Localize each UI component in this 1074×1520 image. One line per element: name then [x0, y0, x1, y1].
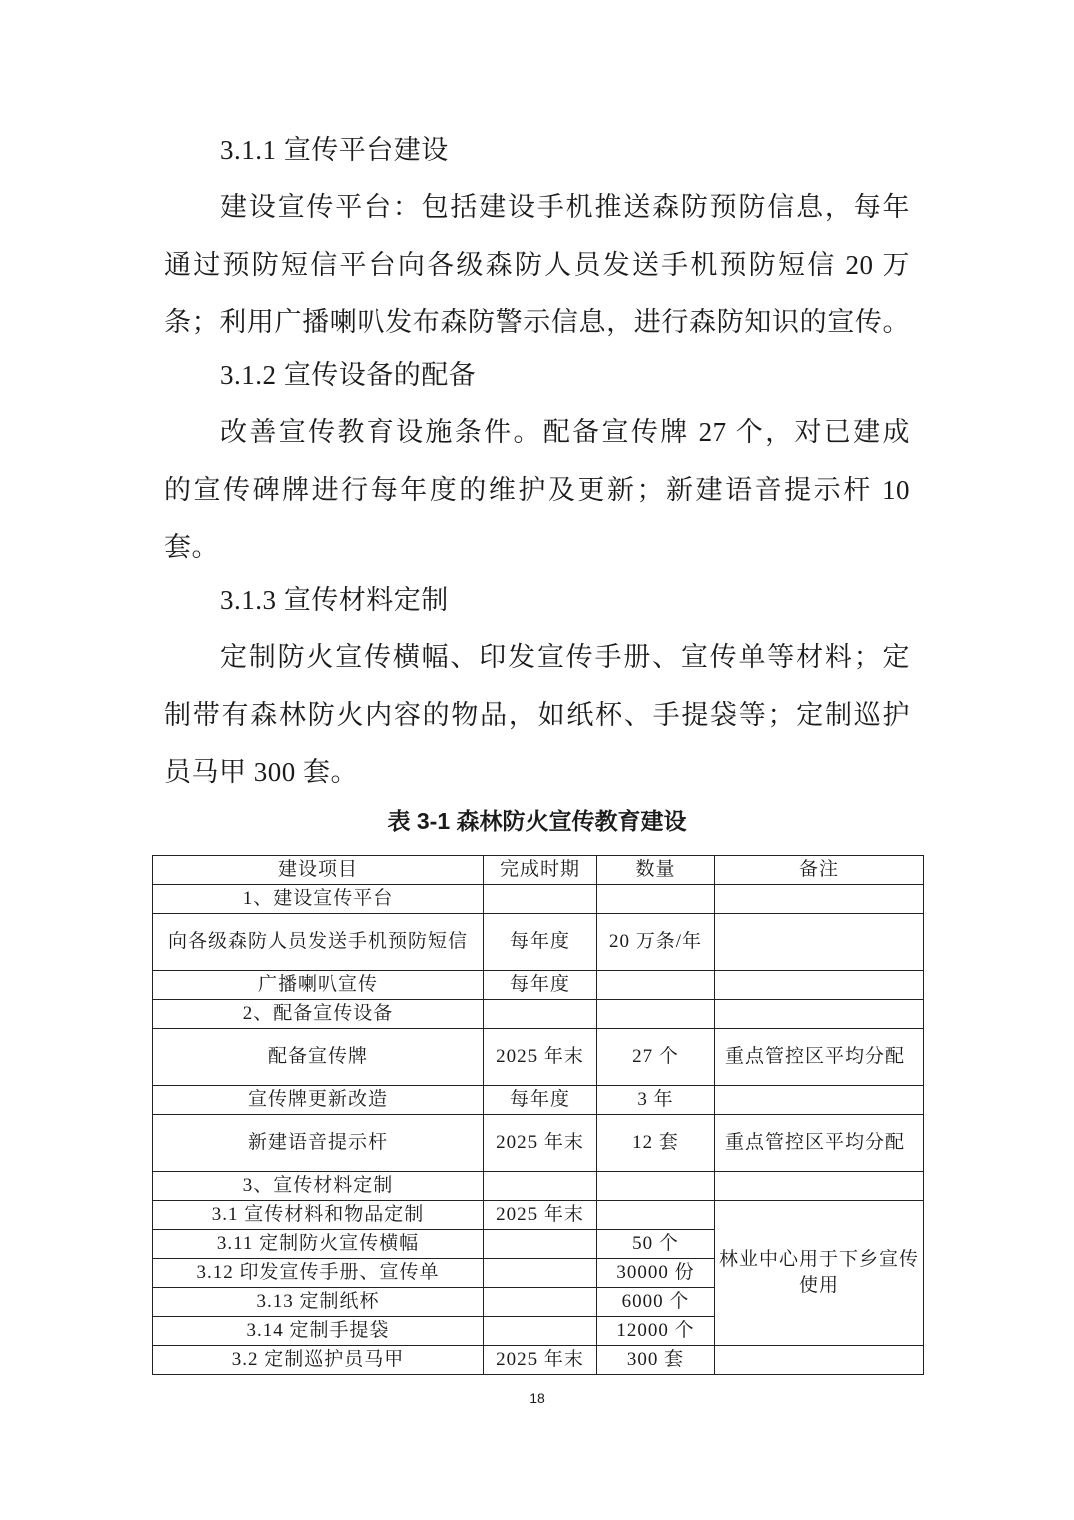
column-header: 备注 [715, 856, 924, 885]
cell-item: 3.12 印发宣传手册、宣传单 [153, 1259, 484, 1288]
section-heading: 3.1.3 宣传材料定制 [220, 580, 449, 620]
section-heading: 3.1.1 宣传平台建设 [220, 130, 449, 170]
table-header-row: 建设项目 完成时期 数量 备注 [153, 856, 924, 885]
cell-note [715, 885, 924, 914]
table-row: 广播喇叭宣传 每年度 [153, 971, 924, 1000]
cell-period [484, 1172, 597, 1201]
construction-table: 建设项目 完成时期 数量 备注 1、建设宣传平台 向各级森防人员发送手机预防短信… [152, 855, 924, 1375]
cell-item: 宣传牌更新改造 [153, 1086, 484, 1115]
cell-period: 每年度 [484, 1086, 597, 1115]
cell-period [484, 1288, 597, 1317]
cell-note [715, 971, 924, 1000]
table-row: 2、配备宣传设备 [153, 1000, 924, 1029]
cell-qty: 300 套 [597, 1346, 715, 1375]
paragraph-line: 通过预防短信平台向各级森防人员发送手机预防短信 20 万 [164, 245, 910, 285]
paragraph-line: 定制防火宣传横幅、印发宣传手册、宣传单等材料；定 [220, 637, 910, 677]
cell-note: 重点管控区平均分配 [715, 1029, 924, 1086]
cell-period: 每年度 [484, 971, 597, 1000]
cell-period [484, 885, 597, 914]
cell-note [715, 1172, 924, 1201]
cell-item: 向各级森防人员发送手机预防短信 [153, 914, 484, 971]
cell-note-merged: 林业中心用于下乡宣传使用 [715, 1201, 924, 1346]
cell-note: 重点管控区平均分配 [715, 1115, 924, 1172]
table-row: 配备宣传牌 2025 年末 27 个 重点管控区平均分配 [153, 1029, 924, 1086]
cell-qty [597, 971, 715, 1000]
table-row: 向各级森防人员发送手机预防短信 每年度 20 万条/年 [153, 914, 924, 971]
cell-qty: 3 年 [597, 1086, 715, 1115]
table-row: 3.1 宣传材料和物品定制 2025 年末 林业中心用于下乡宣传使用 [153, 1201, 924, 1230]
cell-period [484, 1259, 597, 1288]
cell-period: 2025 年末 [484, 1115, 597, 1172]
cell-qty: 12000 个 [597, 1317, 715, 1346]
paragraph-line: 套。 [164, 527, 219, 567]
cell-note [715, 1086, 924, 1115]
cell-period [484, 1000, 597, 1029]
table-row: 新建语音提示杆 2025 年末 12 套 重点管控区平均分配 [153, 1115, 924, 1172]
cell-qty: 20 万条/年 [597, 914, 715, 971]
cell-note [715, 914, 924, 971]
cell-item: 3.11 定制防火宣传横幅 [153, 1230, 484, 1259]
cell-note [715, 1346, 924, 1375]
cell-qty: 6000 个 [597, 1288, 715, 1317]
table-row: 宣传牌更新改造 每年度 3 年 [153, 1086, 924, 1115]
column-header: 数量 [597, 856, 715, 885]
cell-period [484, 1317, 597, 1346]
page-number: 18 [0, 1390, 1074, 1406]
cell-item: 3.1 宣传材料和物品定制 [153, 1201, 484, 1230]
paragraph-line: 制带有森林防火内容的物品，如纸杯、手提袋等；定制巡护 [164, 695, 910, 735]
cell-qty: 12 套 [597, 1115, 715, 1172]
cell-qty: 27 个 [597, 1029, 715, 1086]
cell-item: 配备宣传牌 [153, 1029, 484, 1086]
cell-item: 2、配备宣传设备 [153, 1000, 484, 1029]
table-row: 3.2 定制巡护员马甲 2025 年末 300 套 [153, 1346, 924, 1375]
column-header: 完成时期 [484, 856, 597, 885]
cell-note [715, 1000, 924, 1029]
cell-qty [597, 885, 715, 914]
paragraph-line: 条；利用广播喇叭发布森防警示信息，进行森防知识的宣传。 [164, 302, 910, 342]
cell-period: 每年度 [484, 914, 597, 971]
cell-period: 2025 年末 [484, 1201, 597, 1230]
table-caption: 表 3-1 森林防火宣传教育建设 [0, 803, 1074, 839]
cell-item: 1、建设宣传平台 [153, 885, 484, 914]
cell-period: 2025 年末 [484, 1346, 597, 1375]
cell-item: 3.13 定制纸杯 [153, 1288, 484, 1317]
cell-period [484, 1230, 597, 1259]
cell-qty: 30000 份 [597, 1259, 715, 1288]
cell-qty: 50 个 [597, 1230, 715, 1259]
paragraph-line: 改善宣传教育设施条件。配备宣传牌 27 个，对已建成 [220, 412, 910, 452]
cell-qty [597, 1000, 715, 1029]
cell-item: 3、宣传材料定制 [153, 1172, 484, 1201]
cell-item: 广播喇叭宣传 [153, 971, 484, 1000]
cell-item: 3.2 定制巡护员马甲 [153, 1346, 484, 1375]
cell-period: 2025 年末 [484, 1029, 597, 1086]
cell-item: 3.14 定制手提袋 [153, 1317, 484, 1346]
cell-qty [597, 1172, 715, 1201]
section-heading: 3.1.2 宣传设备的配备 [220, 355, 476, 395]
table-row: 3、宣传材料定制 [153, 1172, 924, 1201]
column-header: 建设项目 [153, 856, 484, 885]
paragraph-line: 员马甲 300 套。 [164, 752, 358, 792]
paragraph-line: 建设宣传平台：包括建设手机推送森防预防信息，每年 [220, 187, 910, 227]
paragraph-line: 的宣传碑牌进行每年度的维护及更新；新建语音提示杆 10 [164, 470, 910, 510]
cell-item: 新建语音提示杆 [153, 1115, 484, 1172]
table-row: 1、建设宣传平台 [153, 885, 924, 914]
cell-qty [597, 1201, 715, 1230]
